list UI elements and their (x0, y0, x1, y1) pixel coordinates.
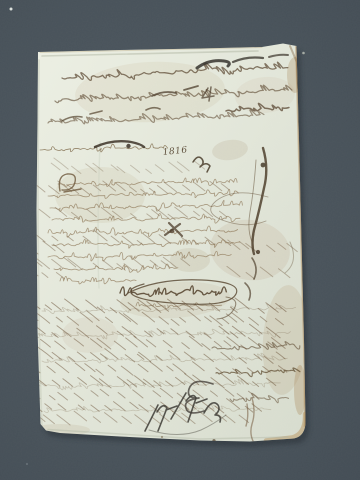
photo-grain-overlay (0, 0, 360, 480)
photo-of-manuscript: 1816 (0, 0, 360, 480)
manuscript-photo-svg: 1816 (0, 0, 360, 480)
